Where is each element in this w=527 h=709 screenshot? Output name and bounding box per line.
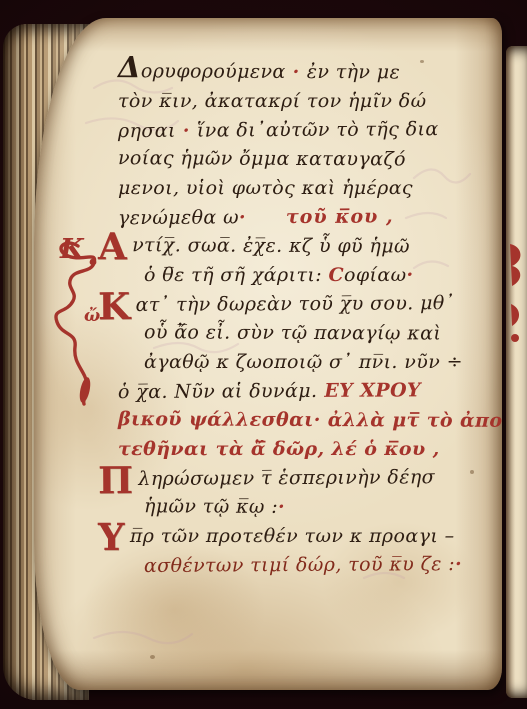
text-segment: τοῦ κ̅ου , <box>286 205 394 228</box>
manuscript-line: ρησαι · ἵνα δι᾽αὐτῶν τὸ τῆς δια <box>118 115 496 146</box>
text-segment: ὁ χ̅α. Νῦν αἱ δυνάμ. <box>118 380 317 403</box>
manuscript-line: Κατ᾽ τὴν δωρεὰν τοῦ χ̅υ σου. μθ᾽ <box>118 289 496 320</box>
text-segment: · <box>278 496 285 518</box>
text-segment: οφίαω <box>344 264 407 286</box>
text-segment: Ϲ <box>328 264 344 286</box>
manuscript-line: ἀγαθῷ κ ζωοποιῷ σ᾽ πν̅ι. νῦν ÷ <box>118 348 496 377</box>
manuscript-photo: Κ ὤ Δορυφορούμενα · ἐν τὴν μετὸν κ̅ιν, ἀ… <box>0 0 527 709</box>
facing-page-red-ornament <box>506 46 527 698</box>
manuscript-line: νοίας ἡμῶν ὄμμα καταυγαζό <box>118 144 496 175</box>
text-segment: · <box>407 264 414 286</box>
manuscript-line: γενώμεθα ω·τοῦ κ̅ου , <box>118 202 496 233</box>
text-segment: ασθέντων τιμί δώρ, τοῦ κ̅υ ζε : <box>144 553 455 577</box>
text-segment: ορυφορούμενα <box>141 60 286 83</box>
rubricated-initial: Υ <box>98 528 125 546</box>
text-segment: ΕΥ ΧΡΟΥ <box>317 379 421 402</box>
text-segment: τὸν κ̅ιν, ἀκατακρί τον ἡμῖν δώ <box>118 90 427 112</box>
text-segment: ντίχ̅. σωα̅. ἐχ̅ε. κζ ὗ φῦ ἡμῶ <box>132 234 410 257</box>
text-segment: ἀγαθῷ κ ζωοποιῷ σ᾽ πν̅ι. νῦν ÷ <box>144 351 463 373</box>
text-block: Δορυφορούμενα · ἐν τὴν μετὸν κ̅ιν, ἀκατα… <box>118 54 496 580</box>
text-segment: ὁ θ̅ε τῆ σῆ χάριτι: <box>144 264 328 286</box>
manuscript-line: οὗ ἄ̅ο εἶ. σὺν τῷ παναγίῳ καὶ <box>118 318 496 349</box>
text-segment: ρησαι <box>118 120 176 142</box>
text-segment: · <box>455 553 462 575</box>
rubricated-initial: Α <box>98 237 127 255</box>
manuscript-line: Δορυφορούμενα · ἐν τὴν με <box>118 53 496 88</box>
manuscript-line: ὁ θ̅ε τῆ σῆ χάριτι: Ϲοφίαω· <box>118 261 496 290</box>
manuscript-line: Υπ̅ρ τῶν προτεθέν των κ προαγι – <box>118 522 496 551</box>
text-segment: γενώμεθα ω <box>118 206 239 229</box>
facing-page-sliver <box>506 46 527 698</box>
text-segment: π̅ρ τῶν προτεθέν των κ προαγι – <box>130 525 455 547</box>
dirt-speck <box>150 655 155 659</box>
manuscript-line: ὁ χ̅α. Νῦν αἱ δυνάμ. ΕΥ ΧΡΟΥ <box>118 376 496 407</box>
text-segment: τεθῆναι τὰ ἅ̅ δῶρ, λέ ὁ κ̅ου , <box>118 438 440 460</box>
manuscript-line: τεθῆναι τὰ ἅ̅ δῶρ, λέ ὁ κ̅ου , <box>118 435 496 464</box>
manuscript-line: Αντίχ̅. σωα̅. ἐχ̅ε. κζ ὗ φῦ ἡμῶ <box>118 231 496 262</box>
rubricated-initial: Κ <box>98 297 131 315</box>
text-segment: · <box>176 120 197 142</box>
text-segment: νοίας ἡμῶν ὄμμα καταυγαζό <box>118 147 406 170</box>
manuscript-line: τὸν κ̅ιν, ἀκατακρί τον ἡμῖν δώ <box>118 87 496 116</box>
manuscript-line: βικοῦ ψάλλεσθαι· ἀλλὰ μτ̅ τὸ ἀπο <box>118 405 496 436</box>
text-segment: ατ᾽ τὴν δωρεὰν τοῦ χ̅υ σου. μθ᾽ <box>135 292 454 316</box>
manuscript-line: ασθέντων τιμί δώρ, τοῦ κ̅υ ζε :· <box>118 550 496 581</box>
text-segment: ἵνα δι᾽αὐτῶν τὸ τῆς δια <box>197 118 439 141</box>
text-segment: βικοῦ ψάλλεσθαι· ἀλλὰ μτ̅ τὸ ἀπο <box>118 408 503 432</box>
manuscript-line: Πληρώσωμεν τ̅ ἑσπερινὴν δέησ <box>118 463 496 494</box>
text-segment: · <box>239 206 246 228</box>
text-segment: ἐν τὴν με <box>307 61 401 83</box>
manuscript-line: μενοι, υἱοὶ φωτὸς καὶ ἡμέρας <box>118 174 496 203</box>
manuscript-line: ἡμῶν τῷ κ̅ῳ :· <box>118 492 496 523</box>
text-segment: · <box>286 61 307 83</box>
text-segment: οὗ ἄ̅ο εἶ. σὺν τῷ παναγίῳ καὶ <box>144 321 441 344</box>
text-segment: ἡμῶν τῷ κ̅ῳ : <box>144 495 278 518</box>
text-segment: μενοι, υἱοὶ φωτὸς καὶ ἡμέρας <box>118 177 413 199</box>
flourish-letter-kappa: Κ <box>60 234 83 265</box>
rubricated-initial: Π <box>98 471 133 489</box>
text-segment: ληρώσωμεν τ̅ ἑσπερινὴν δέησ <box>138 466 435 490</box>
text-segment: Δ <box>118 50 141 84</box>
